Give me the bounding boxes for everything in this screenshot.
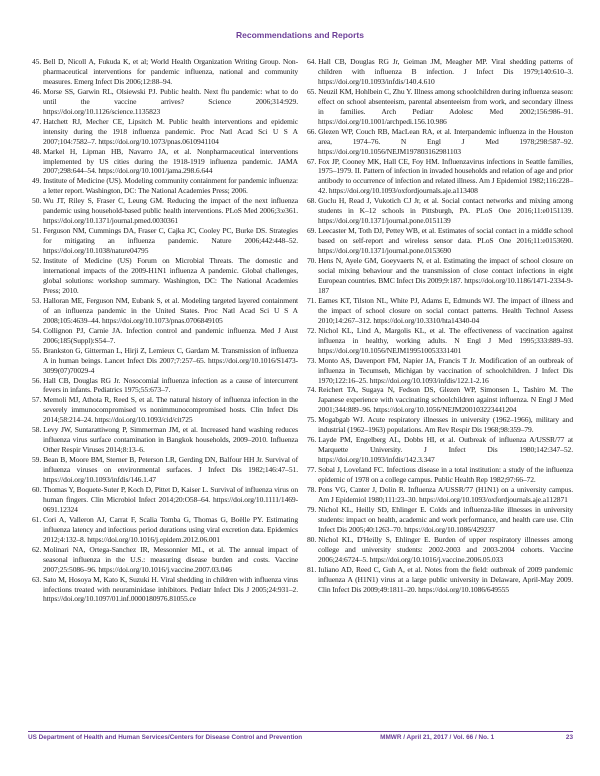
reference-number: 69.	[307, 226, 318, 235]
reference-item: 58.Levy JW, Suntarattiwong P, Simmerman …	[32, 425, 298, 455]
reference-item: 79.Nichol KL, Heilly SD, Ehlinger E. Col…	[307, 505, 573, 535]
reference-item: 54.Collignon PJ, Carnie JA. Infection co…	[32, 326, 298, 346]
page-title: Recommendations and Reports	[0, 30, 600, 40]
reference-number: 71.	[307, 296, 318, 305]
reference-item: 50.Wu JT, Riley S, Fraser C, Leung GM. R…	[32, 196, 298, 226]
reference-number: 51.	[32, 226, 43, 235]
reference-number: 66.	[307, 127, 318, 136]
reference-item: 70.Hens N, Ayele GM, Goeyvaerts N, et al…	[307, 256, 573, 296]
reference-item: 64.Hall CB, Douglas RG Jr, Geiman JM, Me…	[307, 57, 573, 87]
reference-number: 46.	[32, 87, 43, 96]
reference-item: 53.Halloran ME, Ferguson NM, Eubank S, e…	[32, 296, 298, 326]
reference-text: Bean B, Moore BM, Sterner B, Peterson LR…	[43, 455, 298, 484]
reference-item: 49.Institute of Medicine (US). Modeling …	[32, 176, 298, 196]
reference-number: 53.	[32, 296, 43, 305]
reference-number: 80.	[307, 535, 318, 544]
footer-journal-citation: MMWR / April 21, 2017 / Vol. 66 / No. 1	[340, 734, 494, 741]
page-footer: US Department of Health and Human Servic…	[28, 734, 573, 741]
reference-text: Bell D, Nicoll A, Fukuda K, et al; World…	[43, 57, 298, 86]
reference-number: 52.	[32, 256, 43, 265]
reference-number: 81.	[307, 565, 318, 574]
references-section: 45.Bell D, Nicoll A, Fukuda K, et al; Wo…	[32, 57, 573, 604]
reference-item: 78.Pons VG, Canter J, Dolin R. Influenza…	[307, 485, 573, 505]
reference-text: Cori A, Valleron AJ, Carrat F, Scalia To…	[43, 515, 298, 544]
reference-number: 58.	[32, 425, 43, 434]
reference-item: 52.Institute of Medicine (US) Forum on M…	[32, 256, 298, 296]
reference-item: 68.Guclu H, Read J, Vukotich CJ Jr, et a…	[307, 196, 573, 226]
reference-text: Glezen WP, Couch RB, MacLean RA, et al. …	[318, 127, 573, 156]
reference-item: 77.Sobal J, Loveland FC. Infectious dise…	[307, 465, 573, 485]
reference-number: 57.	[32, 395, 43, 404]
footer-divider	[28, 731, 573, 732]
reference-number: 62.	[32, 545, 43, 554]
reference-number: 73.	[307, 356, 318, 365]
reference-text: Nichol KL, Heilly SD, Ehlinger E. Colds …	[318, 505, 573, 534]
reference-number: 47.	[32, 117, 43, 126]
reference-item: 73.Monto AS, Davenport FM, Napier JA, Fr…	[307, 356, 573, 386]
reference-item: 63.Sato M, Hosoya M, Kato K, Suzuki H. V…	[32, 575, 298, 605]
reference-text: Hall CB, Douglas RG Jr. Nosocomial influ…	[43, 376, 298, 395]
reference-item: 47.Hatchett RJ, Mecher CE, Lipsitch M. P…	[32, 117, 298, 147]
reference-number: 70.	[307, 256, 318, 265]
reference-text: Nichol KL, Lind A, Margolis KL, et al. T…	[318, 326, 573, 355]
reference-number: 67.	[307, 157, 318, 166]
reference-text: Sobal J, Loveland FC. Infectious disease…	[318, 465, 573, 484]
reference-text: Mogabgab WJ. Acute respiratory illnesses…	[318, 415, 573, 434]
reference-item: 56.Hall CB, Douglas RG Jr. Nosocomial in…	[32, 376, 298, 396]
reference-text: Pons VG, Canter J, Dolin R. Influenza A/…	[318, 485, 573, 504]
reference-item: 48.Markel H, Lipman HB, Navarro JA, et a…	[32, 147, 298, 177]
references-column-left: 45.Bell D, Nicoll A, Fukuda K, et al; Wo…	[32, 57, 298, 604]
reference-text: Hatchett RJ, Mecher CE, Lipsitch M. Publ…	[43, 117, 298, 146]
footer-page-number: 23	[566, 734, 573, 741]
reference-number: 65.	[307, 87, 318, 96]
reference-text: Morse SS, Garwin RL, Olsiewski PJ. Publi…	[43, 87, 298, 116]
footer-agency-text: US Department of Health and Human Servic…	[28, 734, 302, 741]
reference-number: 55.	[32, 346, 43, 355]
reference-number: 48.	[32, 147, 43, 156]
reference-text: Molinari NA, Ortega-Sanchez IR, Messonni…	[43, 545, 298, 574]
reference-item: 80.Nichol KL, D'Heilly S, Ehlinger E. Bu…	[307, 535, 573, 565]
reference-text: Thomas Y, Boquete-Suter P, Koch D, Pitte…	[43, 485, 298, 514]
reference-text: Memoli MJ, Athota R, Reed S, et al. The …	[43, 395, 298, 424]
reference-text: Wu JT, Riley S, Fraser C, Leung GM. Redu…	[43, 196, 298, 225]
reference-text: Reichert TA, Sugaya N, Fedson DS, Glezen…	[318, 385, 573, 414]
references-column-right: 64.Hall CB, Douglas RG Jr, Geiman JM, Me…	[307, 57, 573, 604]
reference-item: 61.Cori A, Valleron AJ, Carrat F, Scalia…	[32, 515, 298, 545]
reference-item: 55.Brankston G, Gitterman L, Hirji Z, Le…	[32, 346, 298, 376]
reference-number: 72.	[307, 326, 318, 335]
reference-text: Halloran ME, Ferguson NM, Eubank S, et a…	[43, 296, 298, 325]
reference-item: 62.Molinari NA, Ortega-Sanchez IR, Messo…	[32, 545, 298, 575]
reference-text: Fox JP, Cooney MK, Hall CE, Foy HM. Infl…	[318, 157, 573, 196]
reference-item: 74.Reichert TA, Sugaya N, Fedson DS, Gle…	[307, 385, 573, 415]
reference-number: 75.	[307, 415, 318, 424]
reference-number: 74.	[307, 385, 318, 394]
reference-number: 77.	[307, 465, 318, 474]
reference-list: 64.Hall CB, Douglas RG Jr, Geiman JM, Me…	[307, 57, 573, 594]
reference-number: 63.	[32, 575, 43, 584]
reference-text: Neuzil KM, Hohlbein C, Zhu Y. Illness am…	[318, 87, 573, 126]
reference-text: Iuliano AD, Reed C, Guh A, et al. Notes …	[318, 565, 573, 594]
reference-text: Ferguson NM, Cummings DA, Fraser C, Cajk…	[43, 226, 298, 255]
reference-text: Collignon PJ, Carnie JA. Infection contr…	[43, 326, 298, 345]
reference-text: Leecaster M, Toth DJ, Pettey WB, et al. …	[318, 226, 573, 255]
reference-text: Monto AS, Davenport FM, Napier JA, Franc…	[318, 356, 573, 385]
reference-number: 45.	[32, 57, 43, 66]
reference-number: 78.	[307, 485, 318, 494]
reference-text: Eames KT, Tilston NL, White PJ, Adams E,…	[318, 296, 573, 325]
reference-item: 75.Mogabgab WJ. Acute respiratory illnes…	[307, 415, 573, 435]
reference-item: 71.Eames KT, Tilston NL, White PJ, Adams…	[307, 296, 573, 326]
reference-number: 79.	[307, 505, 318, 514]
reference-text: Hall CB, Douglas RG Jr, Geiman JM, Meagh…	[318, 57, 573, 86]
reference-text: Institute of Medicine (US) Forum on Micr…	[43, 256, 298, 295]
reference-item: 60.Thomas Y, Boquete-Suter P, Koch D, Pi…	[32, 485, 298, 515]
reference-number: 56.	[32, 376, 43, 385]
reference-item: 67.Fox JP, Cooney MK, Hall CE, Foy HM. I…	[307, 157, 573, 197]
reference-number: 50.	[32, 196, 43, 205]
reference-item: 45.Bell D, Nicoll A, Fukuda K, et al; Wo…	[32, 57, 298, 87]
reference-item: 57.Memoli MJ, Athota R, Reed S, et al. T…	[32, 395, 298, 425]
reference-item: 66.Glezen WP, Couch RB, MacLean RA, et a…	[307, 127, 573, 157]
reference-text: Sato M, Hosoya M, Kato K, Suzuki H. Vira…	[43, 575, 298, 604]
reference-text: Institute of Medicine (US). Modeling com…	[43, 176, 298, 195]
reference-number: 61.	[32, 515, 43, 524]
reference-text: Nichol KL, D'Heilly S, Ehlinger E. Burde…	[318, 535, 573, 564]
reference-number: 60.	[32, 485, 43, 494]
reference-number: 64.	[307, 57, 318, 66]
reference-text: Hens N, Ayele GM, Goeyvaerts N, et al. E…	[318, 256, 573, 295]
reference-item: 65.Neuzil KM, Hohlbein C, Zhu Y. Illness…	[307, 87, 573, 127]
reference-item: 46.Morse SS, Garwin RL, Olsiewski PJ. Pu…	[32, 87, 298, 117]
reference-item: 81.Iuliano AD, Reed C, Guh A, et al. Not…	[307, 565, 573, 595]
reference-text: Guclu H, Read J, Vukotich CJ Jr, et al. …	[318, 196, 573, 225]
reference-item: 51.Ferguson NM, Cummings DA, Fraser C, C…	[32, 226, 298, 256]
reference-number: 49.	[32, 176, 43, 185]
reference-number: 54.	[32, 326, 43, 335]
reference-text: Markel H, Lipman HB, Navarro JA, et al. …	[43, 147, 298, 176]
reference-text: Levy JW, Suntarattiwong P, Simmerman JM,…	[43, 425, 298, 454]
reference-item: 72.Nichol KL, Lind A, Margolis KL, et al…	[307, 326, 573, 356]
reference-item: 59.Bean B, Moore BM, Sterner B, Peterson…	[32, 455, 298, 485]
reference-list: 45.Bell D, Nicoll A, Fukuda K, et al; Wo…	[32, 57, 298, 604]
reference-item: 69.Leecaster M, Toth DJ, Pettey WB, et a…	[307, 226, 573, 256]
reference-item: 76.Layde PM, Engelberg AL, Dobbs HI, et …	[307, 435, 573, 465]
reference-number: 68.	[307, 196, 318, 205]
reference-text: Layde PM, Engelberg AL, Dobbs HI, et al.…	[318, 435, 573, 464]
reference-number: 76.	[307, 435, 318, 444]
reference-text: Brankston G, Gitterman L, Hirji Z, Lemie…	[43, 346, 298, 375]
reference-number: 59.	[32, 455, 43, 464]
